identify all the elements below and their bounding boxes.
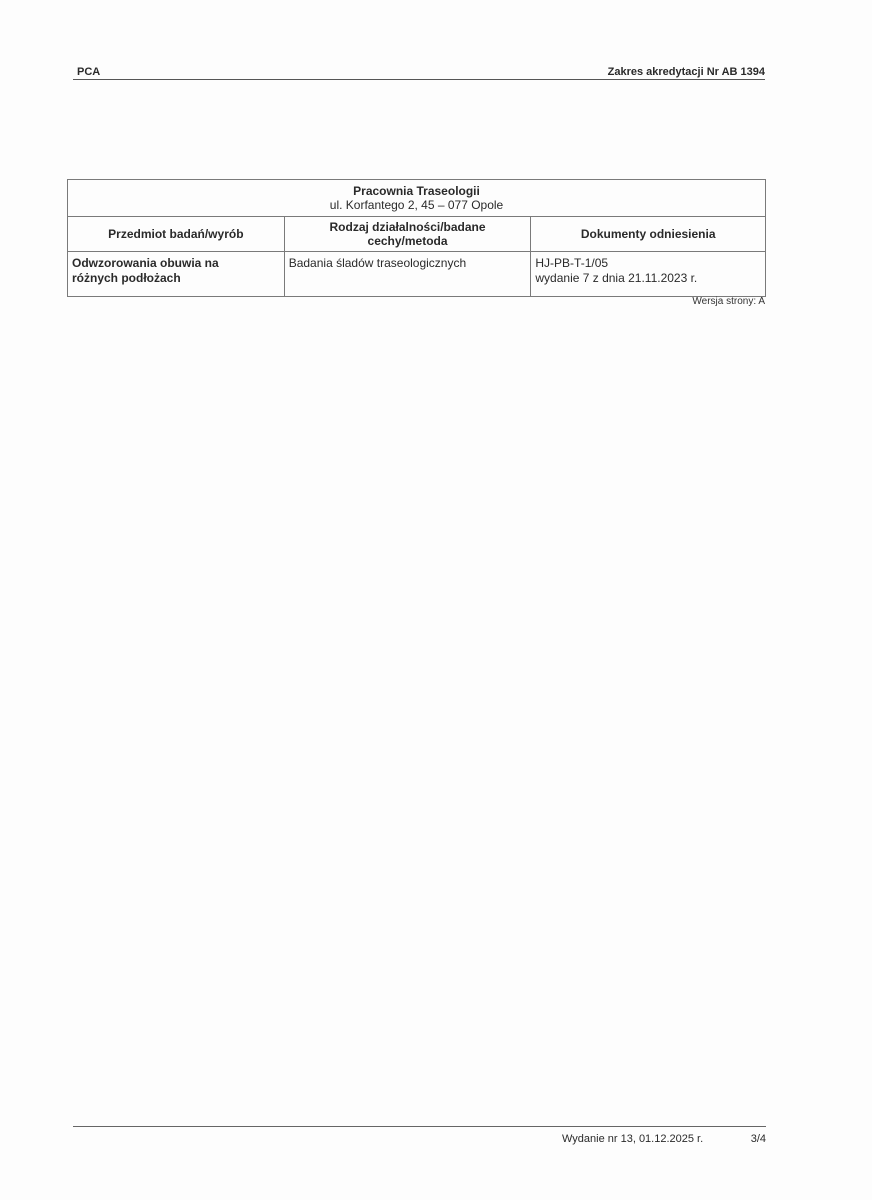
cell-subject: Odwzorowania obuwia na różnych podłożach	[68, 252, 285, 297]
accreditation-scope-title: Zakres akredytacji Nr AB 1394	[608, 66, 765, 78]
lab-name: Pracownia Traseologii	[68, 184, 765, 198]
accreditation-scope-table: Pracownia Traseologii ul. Korfantego 2, …	[67, 179, 766, 297]
page-version: Wersja strony: A	[692, 296, 765, 307]
column-header-subject: Przedmiot badań/wyrób	[68, 217, 285, 252]
column-header-row: Przedmiot badań/wyrób Rodzaj działalnośc…	[68, 217, 766, 252]
organization-label: PCA	[77, 66, 100, 78]
lab-header-cell: Pracownia Traseologii ul. Korfantego 2, …	[68, 180, 766, 217]
table-row: Odwzorowania obuwia na różnych podłożach…	[68, 252, 766, 297]
page-header: PCA Zakres akredytacji Nr AB 1394	[73, 64, 765, 80]
page-footer: Wydanie nr 13, 01.12.2025 r. 3/4	[73, 1126, 766, 1127]
edition-info: Wydanie nr 13, 01.12.2025 r.	[562, 1133, 703, 1145]
lab-header-row: Pracownia Traseologii ul. Korfantego 2, …	[68, 180, 766, 217]
page-number: 3/4	[751, 1133, 766, 1145]
cell-method: Badania śladów traseologicznych	[284, 252, 531, 297]
column-header-method: Rodzaj działalności/badane cechy/metoda	[284, 217, 531, 252]
column-header-documents: Dokumenty odniesienia	[531, 217, 766, 252]
cell-documents: HJ-PB-T-1/05 wydanie 7 z dnia 21.11.2023…	[531, 252, 766, 297]
lab-address: ul. Korfantego 2, 45 – 077 Opole	[68, 198, 765, 212]
